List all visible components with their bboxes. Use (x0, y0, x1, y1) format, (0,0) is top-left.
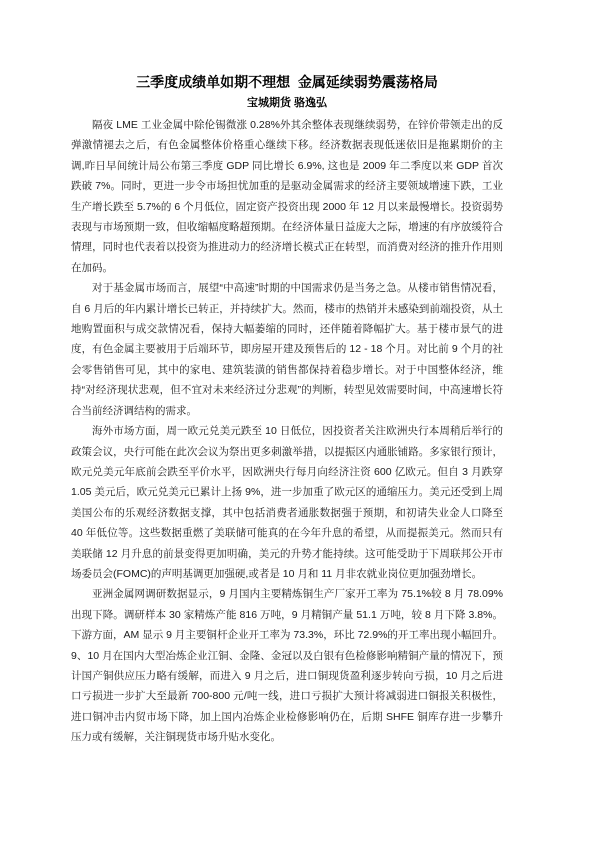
document-byline: 宝城期货 骆逸弘 (71, 93, 503, 114)
paragraph: 对于基金属市场而言，展望“中高速”时期的中国需求仍是当务之急。从楼市销售情况看，… (71, 278, 503, 421)
document-page: 三季度成绩单如期不理想 金属延续弱势震荡格局 宝城期货 骆逸弘 隔夜 LME 工… (0, 0, 595, 842)
document-body: 隔夜 LME 工业金属中除伦锡微涨 0.28%外其余整体表现继续弱势，在锌价带领… (71, 115, 503, 748)
paragraph: 亚洲金属网调研数据显示，9 月国内主要精炼铜生产厂家开工率为 75.1%较 8 … (71, 584, 503, 747)
document-title: 三季度成绩单如期不理想 金属延续弱势震荡格局 (71, 71, 503, 93)
paragraph: 海外市场方面，周一欧元兑美元跌至 10 日低位，因投资者关注欧洲央行本周稍后举行… (71, 421, 503, 584)
paragraph: 隔夜 LME 工业金属中除伦锡微涨 0.28%外其余整体表现继续弱势，在锌价带领… (71, 115, 503, 278)
